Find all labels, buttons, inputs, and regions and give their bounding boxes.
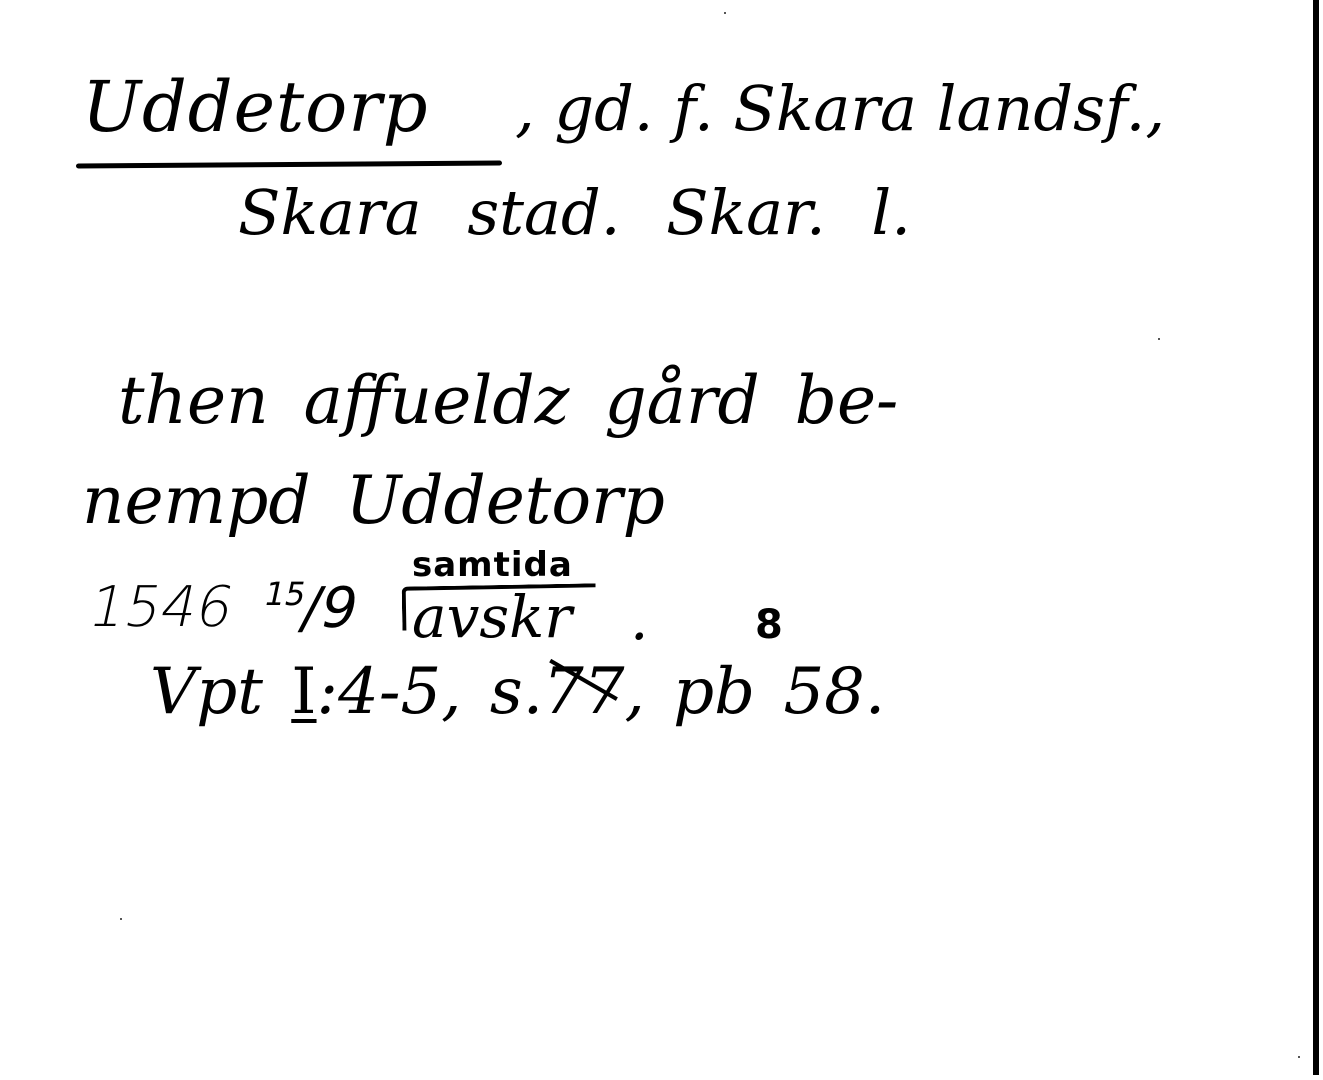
source-type-terminator: . — [630, 590, 648, 648]
date-year: 1546 — [84, 580, 238, 636]
reference-volume-rest: :4-5, — [317, 655, 462, 729]
reference-page-original: 77 — [543, 660, 624, 724]
quote-line-2: nempd Uddetorp — [82, 468, 665, 534]
scan-speck — [1158, 338, 1160, 340]
headword-description: , gd. f. Skara landsf., — [515, 78, 1165, 140]
reference-line: Vpt I:4-5, s.77, pb 58. — [150, 660, 885, 724]
scan-speck — [120, 918, 122, 920]
archive-index-card: Uddetorp , gd. f. Skara landsf., Skara s… — [0, 0, 1323, 1080]
card-edge-border — [1313, 0, 1319, 1075]
scan-speck — [724, 12, 726, 14]
annotation-samtida: samtida — [412, 548, 573, 582]
location-line: Skara stad. Skar. l. — [238, 182, 911, 244]
scan-speck — [1298, 1056, 1300, 1058]
reference-volume: I — [291, 655, 316, 729]
headword-underline — [76, 161, 502, 169]
source-type: avskr — [412, 588, 572, 646]
date-day-month: 15/9 — [256, 578, 364, 637]
reference-suffix: , pb 58. — [624, 655, 885, 729]
quote-line-1: then affueldz gård be- — [118, 368, 898, 434]
headword: Uddetorp — [82, 72, 429, 142]
page-correction: 8 — [755, 605, 783, 645]
reference-prefix: Vpt — [150, 655, 263, 729]
reference-page-label: s. — [490, 655, 543, 729]
